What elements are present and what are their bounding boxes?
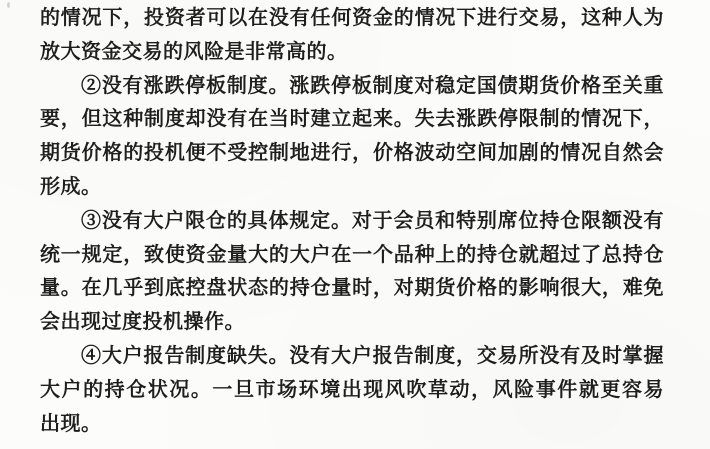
text-line: 会出现过度投机操作。 bbox=[40, 306, 664, 340]
text-line: 量。在几乎到底控盘状态的持仓量时，对期货价格的影响很大，难免 bbox=[40, 272, 664, 306]
scan-artifact bbox=[7, 2, 10, 8]
text-line: 要，但这种制度却没有在当时建立起来。失去涨跌停限制的情况下， bbox=[40, 103, 664, 137]
text-line: 形成。 bbox=[40, 171, 664, 205]
text-line: 统一规定，致使资金量大的大户在一个品种上的持仓就超过了总持仓 bbox=[40, 239, 664, 273]
text-line: 出现。 bbox=[40, 408, 664, 442]
text-line: 大户的持仓状况。一旦市场环境出现风吹草动，风险事件就更容易 bbox=[40, 374, 664, 408]
document-page: 的情况下，投资者可以在没有任何资金的情况下进行交易，这种人为 放大资金交易的风险… bbox=[0, 0, 710, 449]
text-line: 的情况下，投资者可以在没有任何资金的情况下进行交易，这种人为 bbox=[40, 2, 664, 36]
body-text: 的情况下，投资者可以在没有任何资金的情况下进行交易，这种人为 放大资金交易的风险… bbox=[40, 2, 664, 441]
text-line-item-4-start: ④大户报告制度缺失。没有大户报告制度，交易所没有及时掌握 bbox=[40, 340, 664, 374]
text-line-item-2-start: ②没有涨跌停板制度。涨跌停板制度对稳定国债期货价格至关重 bbox=[40, 70, 664, 104]
text-line: 期货价格的投机便不受控制地进行，价格波动空间加剧的情况自然会 bbox=[40, 137, 664, 171]
text-line-item-3-start: ③没有大户限仓的具体规定。对于会员和特别席位持仓限额没有 bbox=[40, 205, 664, 239]
text-line: 放大资金交易的风险是非常高的。 bbox=[40, 36, 664, 70]
